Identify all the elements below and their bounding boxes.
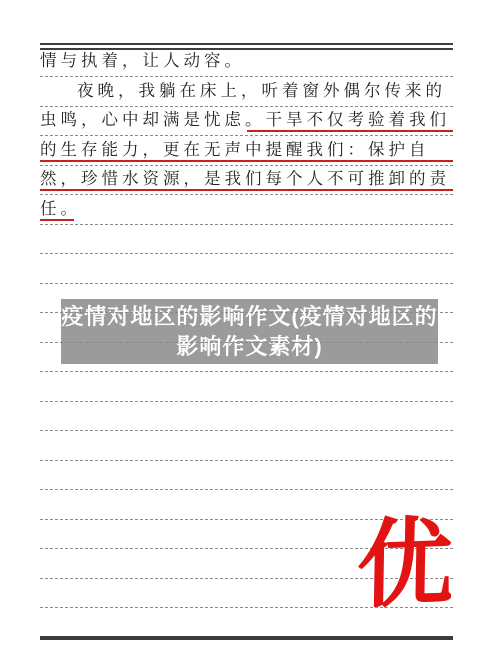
notebook-page: 情与执着，让人动容。 夜晚，我躺在床上，听着窗外偶尔传来的 虫鸣，心中却满是忧虑… [0, 0, 500, 668]
red-underline [40, 219, 74, 221]
red-underline [40, 189, 453, 191]
ruled-line [40, 401, 453, 402]
red-underline [247, 130, 453, 132]
ruled-line [40, 165, 453, 166]
essay-line-2: 夜晚，我躺在床上，听着窗外偶尔传来的 [40, 80, 455, 104]
ruled-line [40, 430, 453, 431]
ruled-line [40, 283, 453, 284]
bottom-rule [40, 636, 453, 640]
essay-line-1: 情与执着，让人动容。 [40, 50, 455, 74]
title-banner-line-2: 影响作文素材) [176, 332, 322, 362]
ruled-line [40, 194, 453, 195]
ruled-line [40, 460, 453, 461]
essay-line-6: 任。 [40, 198, 455, 222]
top-double-rule [40, 43, 453, 50]
ruled-line [40, 312, 453, 313]
red-underline [40, 160, 453, 162]
title-banner: 疫情对地区的影响作文(疫情对地区的 影响作文素材) [61, 299, 438, 364]
ruled-line [40, 489, 453, 490]
ruled-line [40, 253, 453, 254]
ruled-line [40, 106, 453, 107]
title-banner-line-1: 疫情对地区的影响作文(疫情对地区的 [61, 302, 437, 332]
ruled-line [40, 371, 453, 372]
ruled-line [40, 135, 453, 136]
excellent-stamp: 优 [349, 514, 461, 614]
ruled-line [40, 224, 453, 225]
ruled-line [40, 342, 453, 343]
ruled-line [40, 76, 453, 77]
